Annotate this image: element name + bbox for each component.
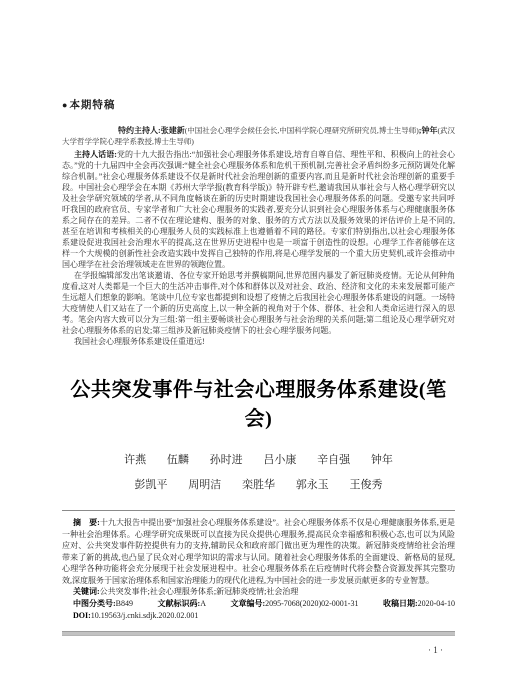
clc-number: 中图分类号:B849 — [73, 598, 133, 610]
author-name: 钟年 — [371, 451, 393, 467]
doi-line: DOI:10.19563/j.cnki.sdjk.2020.02.001 — [62, 610, 455, 622]
remarks-text: 党的十九大报告指出:“加强社会心理服务体系建设,培育自尊自信、理性平和、积极向上… — [62, 150, 455, 269]
hosts-label: 特约主持人: — [118, 126, 161, 135]
article-meta: 摘 要:十九大报告中提出要“加强社会心理服务体系建设”。社会心理服务体系不仅是心… — [62, 517, 455, 622]
author-row: 彭凯平 周明洁 栾胜华 郭永玉 王俊秀 — [62, 476, 455, 492]
article-number: 文章编号:2095-7068(2020)02-0001-31 — [230, 598, 358, 610]
abstract-text: 十九大报告中提出要“加强社会心理服务体系建设”。社会心理服务体系不仅是心理健康服… — [62, 518, 455, 585]
remarks-paragraph: 主持人话语:党的十九大报告指出:“加强社会心理服务体系建设,培育自尊自信、理性平… — [62, 149, 455, 270]
author-name: 王俊秀 — [350, 476, 383, 492]
host-affiliation: (中国社会心理学会候任会长,中国科学院心理研究所研究员,博士生导师) — [185, 126, 419, 135]
classification-line: 中图分类号:B849 文献标识码:A 文章编号:2095-7068(2020)0… — [62, 598, 455, 610]
section-tag: ●本期特稿 — [62, 97, 455, 112]
host-remarks: 主持人话语:党的十九大报告指出:“加强社会心理服务体系建设,培育自尊自信、理性平… — [62, 149, 455, 347]
doi-value: 10.19563/j.cnki.sdjk.2020.02.001 — [91, 611, 199, 620]
author-name: 辛自强 — [317, 451, 350, 467]
divider-thick — [62, 631, 455, 636]
abstract-label: 摘 要: — [73, 518, 100, 527]
author-name: 孙时进 — [210, 451, 243, 467]
host-name: 钟年 — [421, 126, 437, 135]
doi-label: DOI: — [73, 611, 91, 620]
journal-page: ●本期特稿 特约主持人:张建新(中国社会心理学会候任会长,中国科学院心理研究所研… — [0, 0, 517, 696]
divider-thin — [62, 510, 455, 511]
abstract: 摘 要:十九大报告中提出要“加强社会心理服务体系建设”。社会心理服务体系不仅是心… — [62, 517, 455, 586]
guest-hosts-line: 特约主持人:张建新(中国社会心理学会候任会长,中国科学院心理研究所研究员,博士生… — [62, 125, 455, 147]
page-number: · 1 · — [62, 645, 455, 655]
remarks-paragraph: 在学报编辑部发出笔谈邀请、各位专家开始思考并撰稿期间,世界范围内暴发了新冠肺炎疫… — [62, 270, 455, 336]
author-list: 许燕 伍麟 孙时进 吕小康 辛自强 钟年 彭凯平 周明洁 栾胜华 郭永玉 王俊秀 — [62, 451, 455, 492]
author-name: 许燕 — [124, 451, 146, 467]
host-name: 张建新 — [161, 126, 185, 135]
keywords-label: 关键词: — [73, 587, 100, 596]
author-name: 彭凯平 — [135, 476, 168, 492]
keywords: 关键词:公共突发事件;社会心理服务体系;新冠肺炎疫情;社会治理 — [62, 586, 455, 598]
document-code: 文献标识码:A — [158, 598, 206, 610]
article-title: 公共突发事件与社会心理服务体系建设(笔会) — [62, 373, 455, 431]
bullet-icon: ● — [62, 100, 68, 110]
author-name: 伍麟 — [167, 451, 189, 467]
author-name: 吕小康 — [263, 451, 296, 467]
author-name: 郭永玉 — [296, 476, 329, 492]
received-date: 收稿日期:2020-04-10 — [383, 598, 455, 610]
author-name: 周明洁 — [188, 476, 221, 492]
section-tag-label: 本期特稿 — [69, 100, 115, 111]
remarks-paragraph: 我国社会心理服务体系建设任重道远! — [62, 336, 455, 347]
author-row: 许燕 伍麟 孙时进 吕小康 辛自强 钟年 — [62, 451, 455, 467]
remarks-label: 主持人话语: — [74, 150, 117, 159]
keywords-text: 公共突发事件;社会心理服务体系;新冠肺炎疫情;社会治理 — [100, 587, 299, 596]
author-name: 栾胜华 — [242, 476, 275, 492]
